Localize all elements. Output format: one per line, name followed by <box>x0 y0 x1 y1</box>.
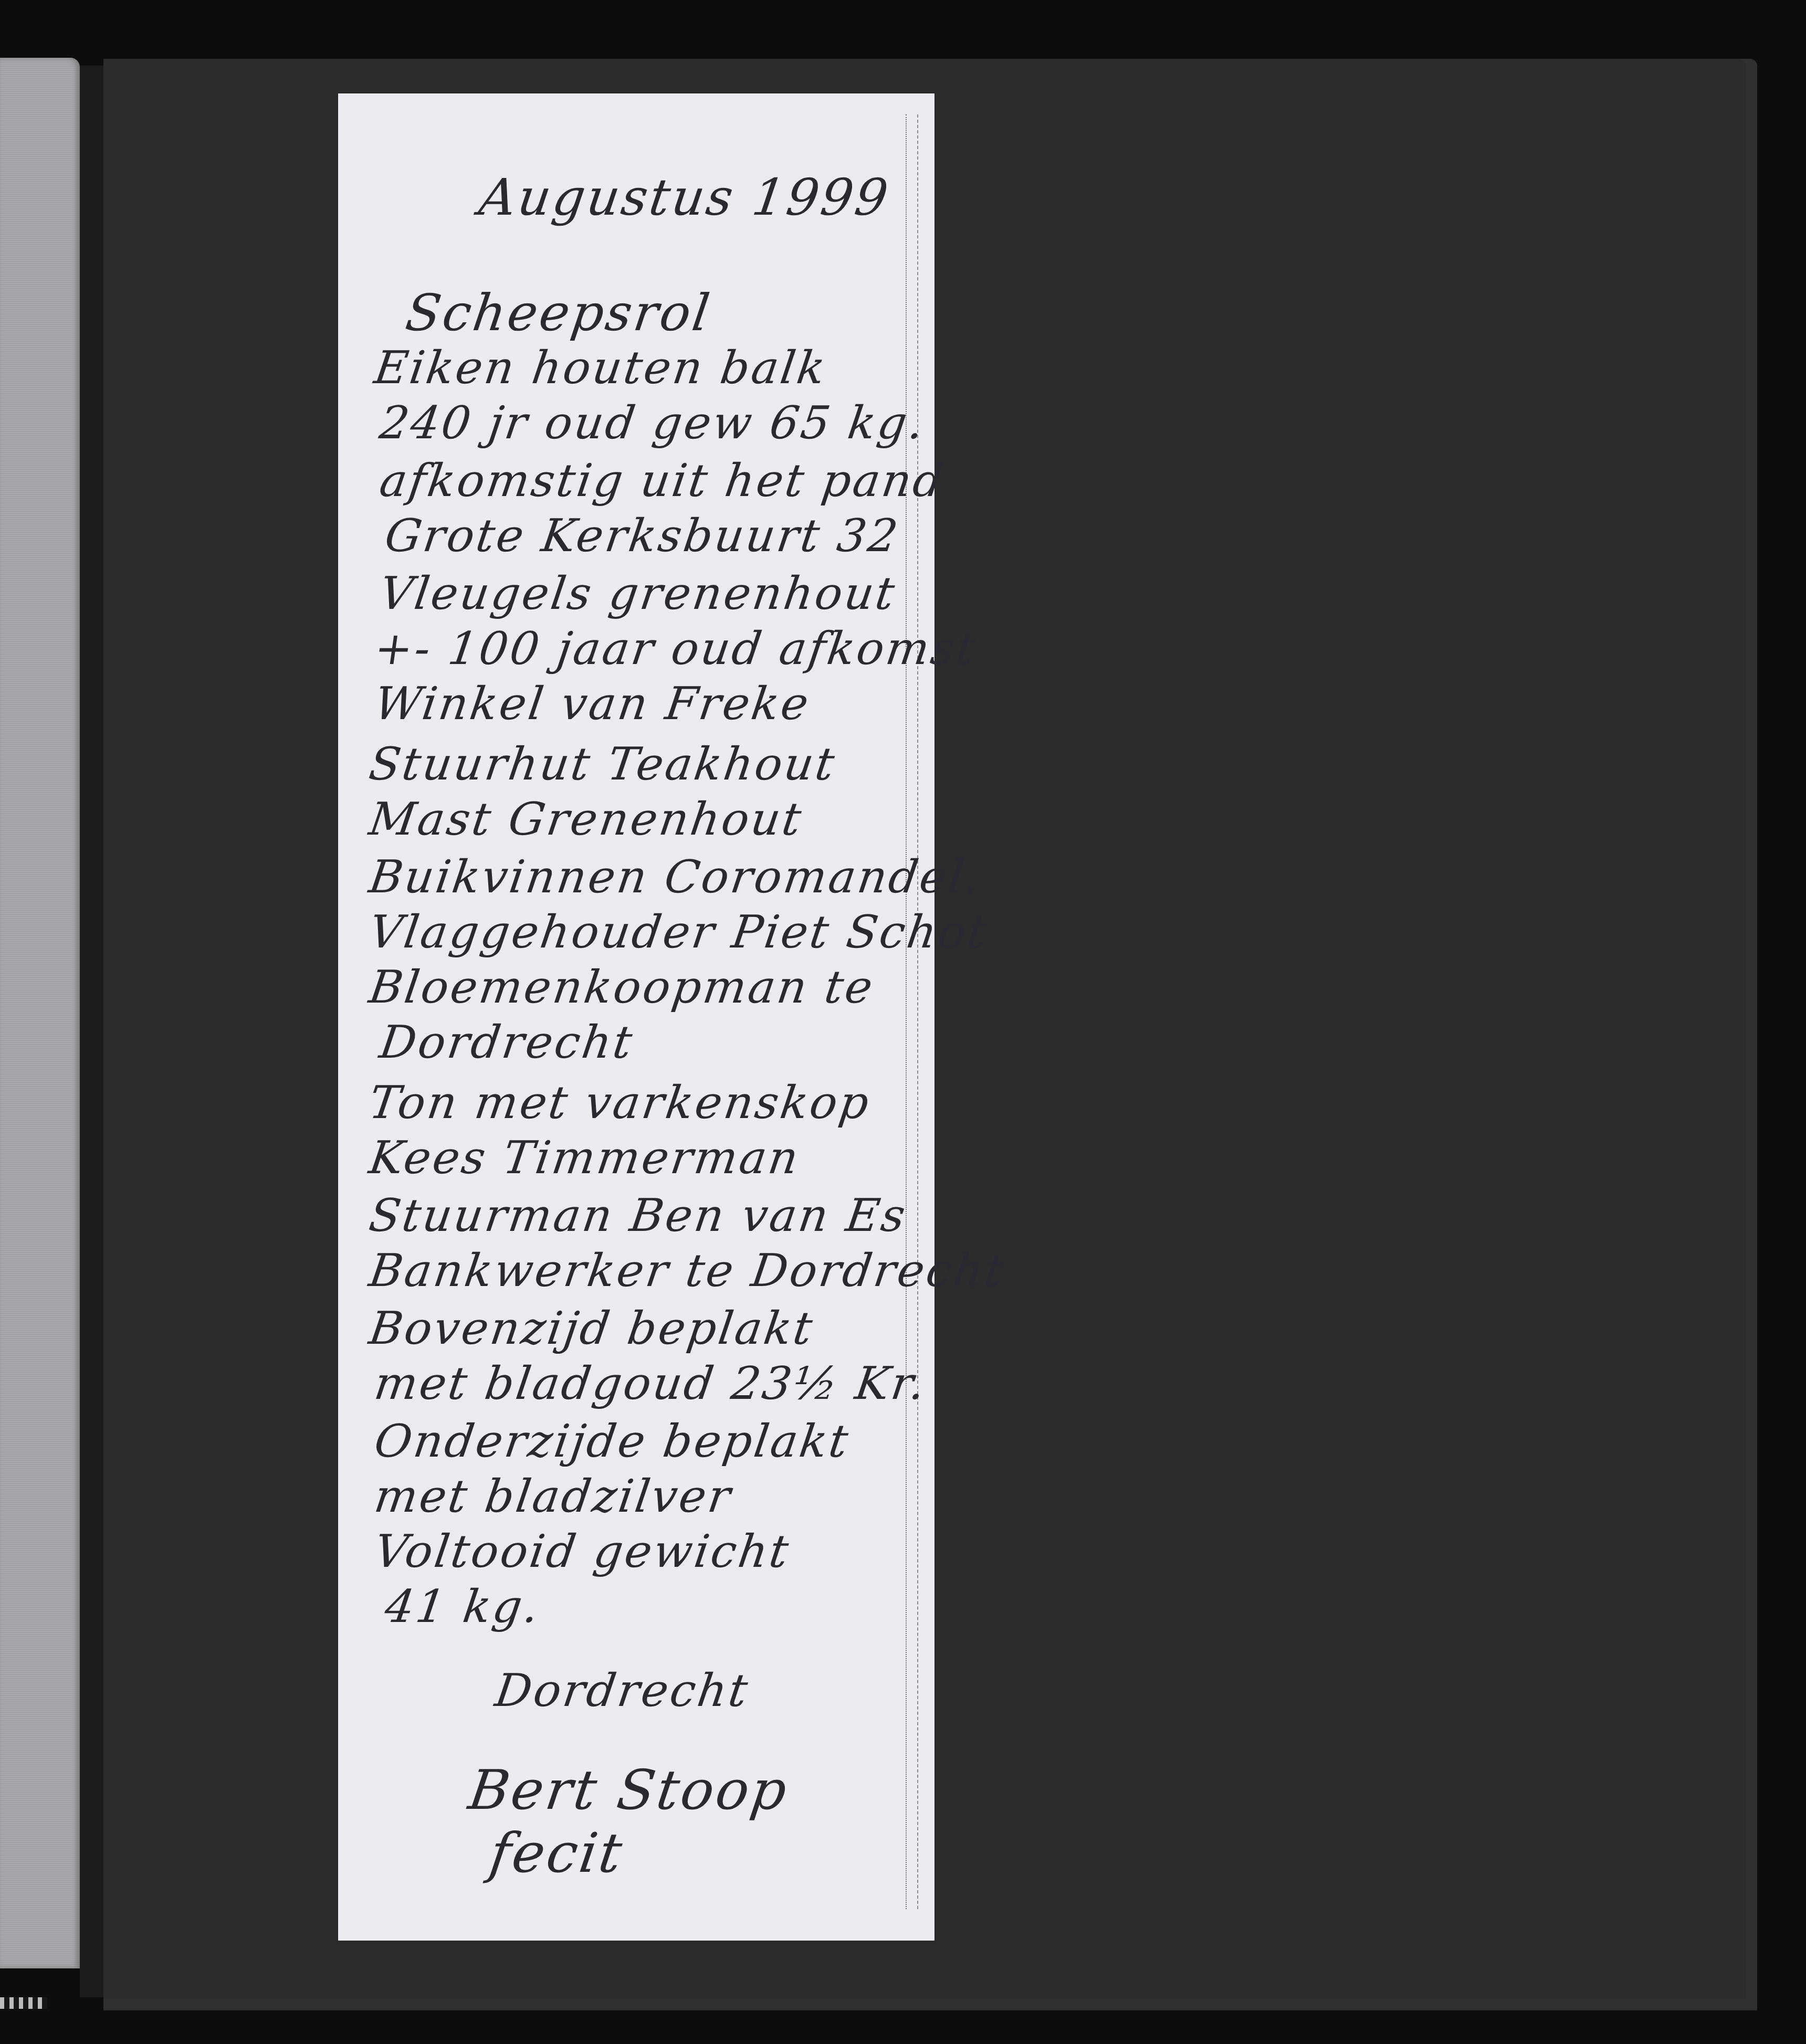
note-line: Dordrecht <box>377 1020 637 1065</box>
note-line: +- 100 jaar oud afkomst <box>372 626 980 671</box>
note-line: Bankwerker te Dordrecht <box>366 1248 1009 1293</box>
signature-name: Bert Stoop <box>466 1763 792 1817</box>
note-line: Ton met varkenskop <box>366 1080 874 1125</box>
note-line: Bloemenkoopman te <box>366 965 877 1010</box>
place-name: Dordrecht <box>492 1668 752 1713</box>
note-line: met bladgoud 23½ Kr. <box>372 1361 930 1406</box>
note-line: afkomstig uit het pand <box>377 458 948 503</box>
handwritten-note-sheet: Augustus 1999 Scheepsrol Eiken houten ba… <box>338 93 934 1941</box>
note-line: Bovenzijd beplakt <box>366 1306 817 1351</box>
note-line: Grote Kerksbuurt 32 <box>382 513 902 559</box>
note-line: 41 kg. <box>382 1584 543 1629</box>
note-line: Eiken houten balk <box>372 345 830 391</box>
note-line: Mast Grenenhout <box>366 797 806 842</box>
headband-stitching <box>0 1997 47 2009</box>
note-line: Buikvinnen Coromandel. <box>366 855 985 900</box>
note-line: Onderzijde beplakt <box>372 1419 853 1464</box>
photocopy-edge-line <box>917 114 918 1909</box>
note-line: Stuurman Ben van Es <box>366 1193 910 1238</box>
note-line: Kees Timmerman <box>366 1135 803 1181</box>
signature-fecit: fecit <box>487 1826 627 1880</box>
note-line: Voltooid gewicht <box>372 1529 793 1574</box>
note-line: 240 jr oud gew 65 kg. <box>377 401 928 446</box>
document-title: Scheepsrol <box>403 288 715 338</box>
photocopy-edge-line <box>906 114 907 1909</box>
book-spine-cloth <box>0 58 80 1968</box>
book-gutter <box>80 66 103 1997</box>
note-line: met bladzilver <box>372 1474 735 1519</box>
note-line: Stuurhut Teakhout <box>366 742 839 787</box>
note-line: Vleugels grenenhout <box>377 571 899 616</box>
note-line: Vlaggehouder Piet Schot <box>366 910 991 955</box>
date-heading: Augustus 1999 <box>476 172 893 223</box>
note-line: Winkel van Freke <box>372 681 813 726</box>
